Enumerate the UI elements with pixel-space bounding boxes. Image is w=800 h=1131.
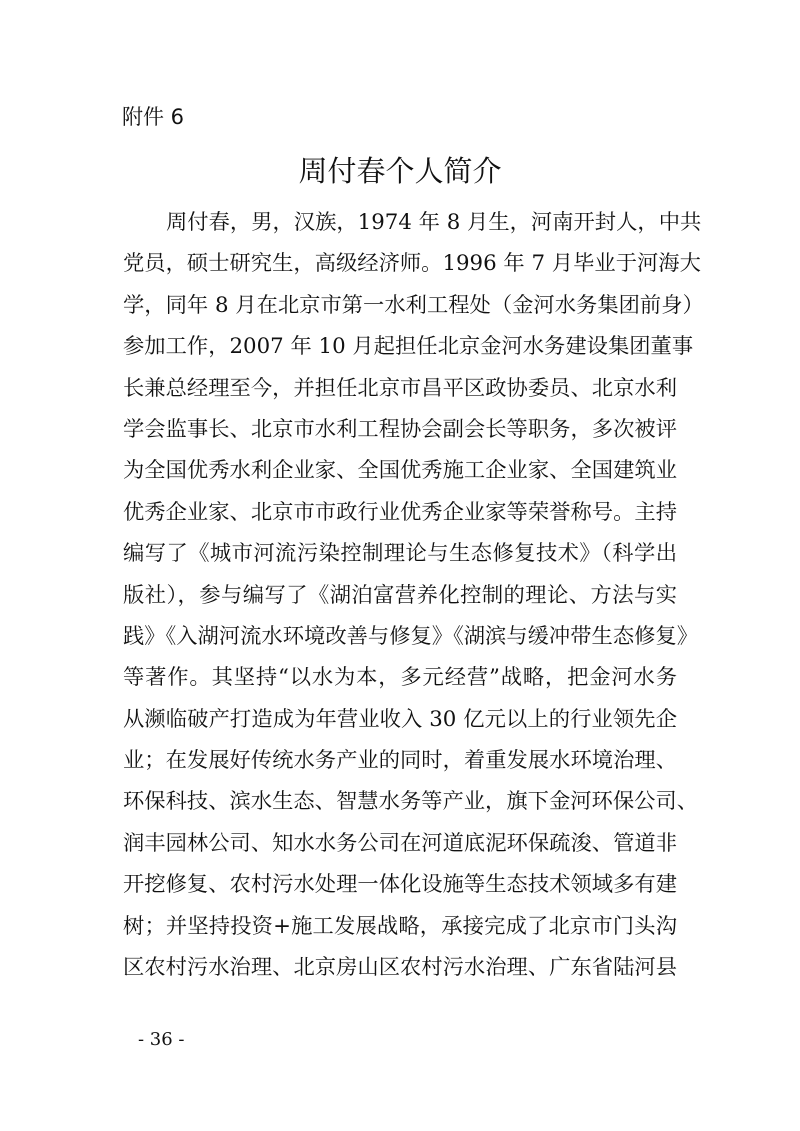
paragraph-line: 优秀企业家、北京市市政行业优秀企业家等荣誉称号。主持 [123,492,677,533]
paragraph-line: 参加工作，2007 年 10 月起担任北京金河水务建设集团董事 [123,326,677,367]
page-title: 周付春个人简介 [0,153,800,189]
paragraph-line: 周付春，男，汉族，1974 年 8 月生，河南开封人，中共 [123,202,677,243]
attachment-label: 附件 6 [122,104,184,130]
paragraph-line: 版社），参与编写了《湖泊富营养化控制的理论、方法与实 [123,575,677,616]
biography-paragraph: 周付春，男，汉族，1974 年 8 月生，河南开封人，中共 党员，硕士研究生，高… [123,202,677,988]
paragraph-line: 编写了《城市河流污染控制理论与生态修复技术》（科学出 [123,533,677,574]
paragraph-line: 环保科技、滨水生态、智慧水务等产业，旗下金河环保公司、 [123,781,677,822]
paragraph-line: 为全国优秀水利企业家、全国优秀施工企业家、全国建筑业 [123,450,677,491]
paragraph-line: 润丰园林公司、知水水务公司在河道底泥环保疏浚、管道非 [123,823,677,864]
paragraph-line: 党员，硕士研究生，高级经济师。1996 年 7 月毕业于河海大 [123,243,677,284]
paragraph-line: 践》《入湖河流水环境改善与修复》《湖滨与缓冲带生态修复》 [123,616,677,657]
paragraph-line: 等著作。其坚持“以水为本，多元经营”战略，把金河水务 [123,657,677,698]
page-number: - 36 - [138,1028,185,1052]
paragraph-line: 学会监事长、北京市水利工程协会副会长等职务，多次被评 [123,409,677,450]
paragraph-line: 树；并坚持投资+施工发展战略，承接完成了北京市门头沟 [123,906,677,947]
paragraph-line: 开挖修复、农村污水处理一体化设施等生态技术领域多有建 [123,864,677,905]
paragraph-line: 业；在发展好传统水务产业的同时，着重发展水环境治理、 [123,740,677,781]
paragraph-line: 长兼总经理至今，并担任北京市昌平区政协委员、北京水利 [123,368,677,409]
document-page: 附件 6 周付春个人简介 周付春，男，汉族，1974 年 8 月生，河南开封人，… [0,0,800,1131]
paragraph-line: 学，同年 8 月在北京市第一水利工程处（金河水务集团前身） [123,285,677,326]
paragraph-line: 从濒临破产打造成为年营业收入 30 亿元以上的行业领先企 [123,699,677,740]
paragraph-line: 区农村污水治理、北京房山区农村污水治理、广东省陆河县 [123,947,677,988]
